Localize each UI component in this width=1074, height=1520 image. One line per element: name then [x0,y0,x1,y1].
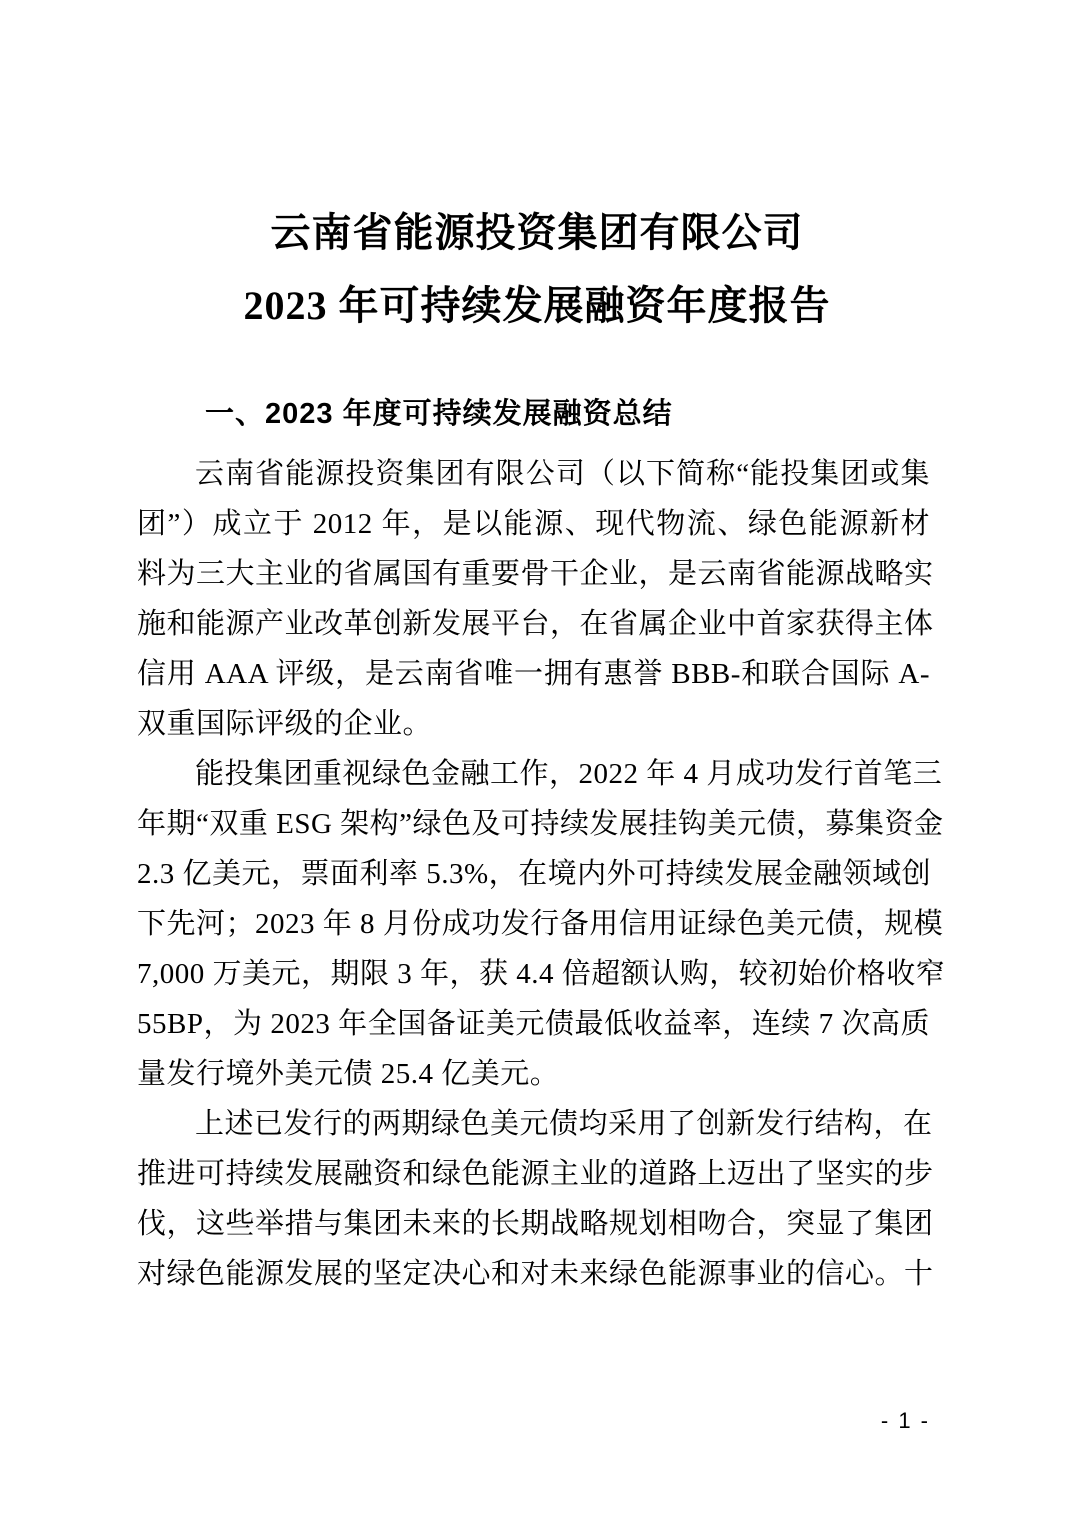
text-line: 上述已发行的两期绿色美元债均采用了创新发行结构，在 [137,1099,930,1149]
document-title: 云南省能源投资集团有限公司 2023 年可持续发展融资年度报告 [0,196,1074,342]
text-line: 双重国际评级的企业。 [137,699,930,749]
document-title-line-1: 云南省能源投资集团有限公司 [0,196,1074,269]
text-line: 2.3 亿美元，票面利率 5.3%，在境内外可持续发展金融领域创 [137,849,930,899]
paragraph-3: 上述已发行的两期绿色美元债均采用了创新发行结构，在 推进可持续发展融资和绿色能源… [137,1099,930,1299]
paragraph-2: 能投集团重视绿色金融工作，2022 年 4 月成功发行首笔三 年期“双重 ESG… [137,749,930,1099]
text-line: 能投集团重视绿色金融工作，2022 年 4 月成功发行首笔三 [137,749,930,799]
text-line: 施和能源产业改革创新发展平台，在省属企业中首家获得主体 [137,599,930,649]
document-body: 云南省能源投资集团有限公司（以下简称“能投集团或集 团”）成立于 2012 年，… [137,449,930,1299]
paragraph-1: 云南省能源投资集团有限公司（以下简称“能投集团或集 团”）成立于 2012 年，… [137,449,930,749]
text-line: 对绿色能源发展的坚定决心和对未来绿色能源事业的信心。十 [137,1249,930,1299]
text-line: 伐，这些举措与集团未来的长期战略规划相吻合，突显了集团 [137,1199,930,1249]
document-page: 云南省能源投资集团有限公司 2023 年可持续发展融资年度报告 一、2023 年… [0,0,1074,1520]
text-line: 量发行境外美元债 25.4 亿美元。 [137,1049,930,1099]
text-line: 料为三大主业的省属国有重要骨干企业，是云南省能源战略实 [137,549,930,599]
text-line: 信用 AAA 评级，是云南省唯一拥有惠誉 BBB-和联合国际 A- [137,649,930,699]
page-number: - 1 - [137,1408,930,1434]
text-line: 云南省能源投资集团有限公司（以下简称“能投集团或集 [137,449,930,499]
text-line: 55BP，为 2023 年全国备证美元债最低收益率，连续 7 次高质 [137,999,930,1049]
document-title-line-2: 2023 年可持续发展融资年度报告 [0,269,1074,342]
text-line: 7,000 万美元，期限 3 年，获 4.4 倍超额认购，较初始价格收窄 [137,949,930,999]
text-line: 年期“双重 ESG 架构”绿色及可持续发展挂钩美元债，募集资金 [137,799,930,849]
text-line: 团”）成立于 2012 年，是以能源、现代物流、绿色能源新材 [137,499,930,549]
text-line: 推进可持续发展融资和绿色能源主业的道路上迈出了坚实的步 [137,1149,930,1199]
section-heading: 一、2023 年度可持续发展融资总结 [205,391,673,432]
text-line: 下先河；2023 年 8 月份成功发行备用信用证绿色美元债，规模 [137,899,930,949]
